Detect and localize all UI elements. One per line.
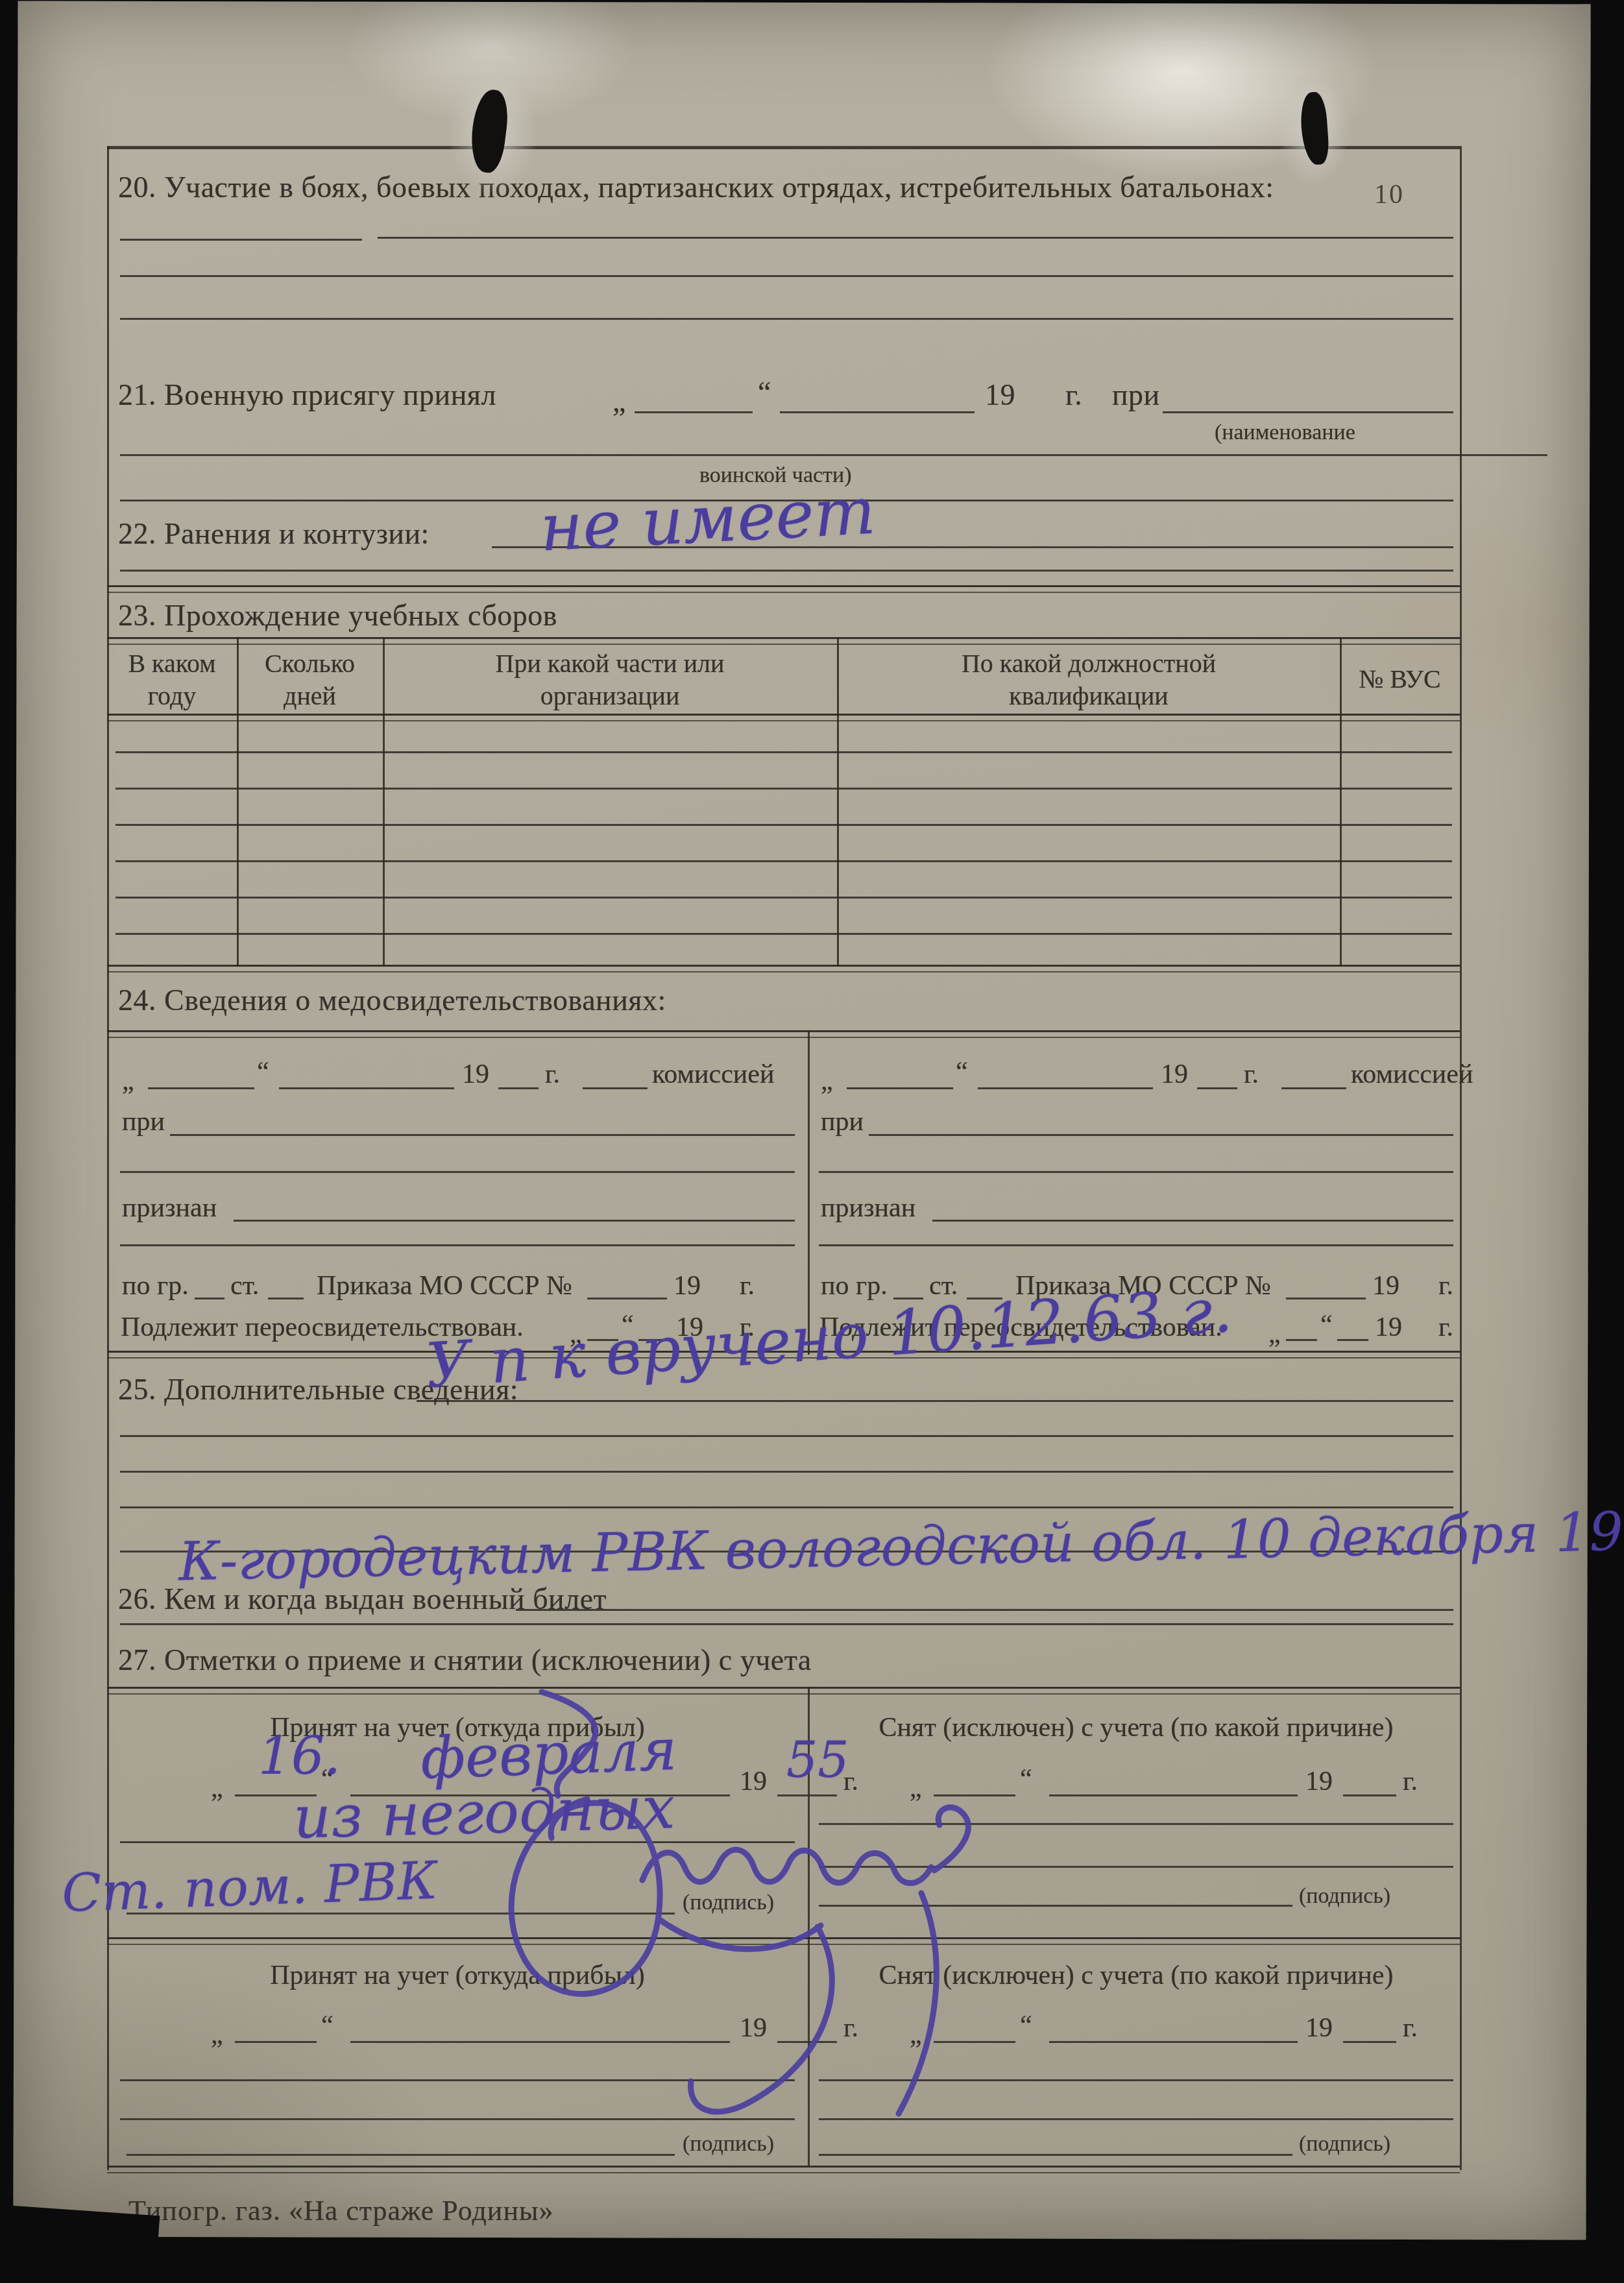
ruled-line <box>120 1506 1453 1508</box>
table-header-unit: При какой части или организации <box>441 647 779 712</box>
year-19: 19 <box>1305 2012 1333 2044</box>
quote-mark: “ <box>1320 1309 1333 1340</box>
quote-mark: „ <box>122 1065 134 1096</box>
ruled-line <box>120 318 1453 320</box>
year-19: 19 <box>1375 1312 1402 1343</box>
handwritten-day: 16. <box>258 1726 341 1786</box>
quote-mark: “ <box>956 1056 968 1087</box>
fill-line <box>869 1134 1453 1136</box>
ruled-line <box>120 1623 1453 1625</box>
ruled-line <box>120 454 1547 456</box>
section-21-label: 21. Военную присягу принял <box>118 378 496 412</box>
ruled-line <box>120 1435 1453 1437</box>
fill-line <box>1343 2041 1396 2043</box>
fill-line <box>1049 2041 1298 2043</box>
medical-box-top <box>107 1030 1460 1038</box>
document-scan: 10 20. Участие в боях, боевых походах, п… <box>0 0 1624 2283</box>
g-label: г. <box>1438 1312 1453 1343</box>
punch-hole-tear <box>467 88 511 174</box>
fill-line <box>1286 1339 1317 1341</box>
fill-line <box>978 1087 1153 1089</box>
signature-caption: (подпись) <box>1299 2132 1390 2156</box>
quote-mark: „ <box>211 1772 223 1804</box>
table-column-divider <box>1340 637 1342 967</box>
year-19: 19 <box>1161 1059 1188 1090</box>
table-ruled-line <box>115 824 1452 826</box>
ruled-line <box>120 275 1453 277</box>
fill-line <box>498 1087 539 1089</box>
article-label: ст. <box>230 1270 259 1301</box>
table-border-top <box>107 637 1460 645</box>
quote-mark: „ <box>612 384 626 418</box>
fill-line <box>417 1400 1453 1402</box>
by-group-label: по гр. <box>122 1270 189 1301</box>
order-label: Приказа МО СССР № <box>317 1270 572 1301</box>
recognized-label: признан <box>122 1192 217 1224</box>
table-ruled-line <box>115 751 1452 753</box>
table-ruled-line <box>115 860 1452 862</box>
fill-line <box>1281 1087 1346 1089</box>
fill-line <box>1049 1794 1298 1796</box>
fill-line <box>195 1298 224 1299</box>
punch-hole-tear <box>1299 91 1330 166</box>
fill-line <box>780 411 975 413</box>
quote-mark: “ <box>321 2010 333 2041</box>
fill-line <box>932 1220 1453 1222</box>
table-header-vus: № ВУС <box>1340 663 1460 695</box>
punch-hole <box>448 71 539 195</box>
pri-label: при <box>1112 378 1160 412</box>
year-19: 19 <box>985 378 1015 412</box>
table-ruled-line <box>115 788 1452 790</box>
table-ruled-line <box>115 933 1452 935</box>
g-label: г. <box>545 1059 560 1090</box>
fill-line <box>1163 411 1453 413</box>
signature-scribble <box>363 1685 1051 2140</box>
fill-line <box>583 1087 648 1089</box>
quote-mark: „ <box>1268 1318 1281 1349</box>
section-divider <box>107 585 1460 593</box>
fill-line <box>234 1220 795 1222</box>
quote-mark: “ <box>257 1056 269 1087</box>
table-column-divider <box>837 637 839 967</box>
g-label: г. <box>1403 1766 1418 1797</box>
fill-line <box>235 2041 317 2043</box>
note-naimenovanie: (наименование <box>1215 420 1355 445</box>
quote-mark: „ <box>211 2019 223 2050</box>
pri-label: при <box>122 1106 165 1137</box>
year-19: 19 <box>1372 1270 1400 1301</box>
quote-mark: „ <box>821 1065 833 1096</box>
signature-caption: (подпись) <box>1299 1884 1390 1909</box>
ruled-line <box>120 1171 795 1173</box>
page-number: 10 <box>1374 179 1404 210</box>
g-label: г. <box>740 1270 755 1301</box>
table-header-year: В каком году <box>107 647 237 712</box>
registration-box-bottom <box>107 2166 1460 2173</box>
fill-line <box>635 411 753 413</box>
ruled-line <box>819 1171 1453 1173</box>
punch-hole <box>1278 78 1350 185</box>
fill-line <box>1337 1339 1368 1341</box>
ruled-line <box>120 1244 795 1246</box>
fill-line <box>847 1087 953 1089</box>
g-label: г. <box>1244 1059 1259 1090</box>
commission-label: комиссией <box>1351 1059 1473 1090</box>
table-header-days: Сколько дней <box>237 647 383 712</box>
recognized-label: признан <box>821 1192 915 1224</box>
section-27-title: 27. Отметки о приеме и снятии (исключени… <box>118 1643 812 1677</box>
fill-line <box>587 1298 667 1299</box>
g-label: г. <box>1065 378 1082 412</box>
quote-mark: “ <box>758 375 771 409</box>
fill-line <box>148 1087 254 1089</box>
table-header-border <box>107 714 1460 721</box>
table-border-bottom <box>107 965 1460 972</box>
fill-line <box>170 1134 795 1136</box>
table-column-divider <box>383 637 385 967</box>
year-19: 19 <box>462 1059 489 1090</box>
ruled-line <box>120 570 1453 572</box>
by-group-label: по гр. <box>821 1270 888 1301</box>
form-frame-right <box>1460 146 1462 2170</box>
section-22-label: 22. Ранения и контузии: <box>118 516 430 551</box>
ruled-line <box>378 237 1453 239</box>
section-24-title: 24. Сведения о медосвидетельствованиях: <box>118 983 666 1017</box>
fill-line <box>1197 1087 1237 1089</box>
table-header-qualification: По какой должностной квалификации <box>920 647 1257 712</box>
signature-line <box>819 2154 1292 2156</box>
fill-line <box>516 1609 1453 1611</box>
table-column-divider <box>237 637 239 967</box>
fill-line <box>1343 1794 1396 1796</box>
printer-imprint: Типогр. газ. «На страже Родины» <box>128 2194 554 2227</box>
section-23-title: 23. Прохождение учебных сборов <box>118 598 557 633</box>
g-label: г. <box>1403 2012 1418 2044</box>
ruled-line <box>819 1244 1453 1246</box>
pri-label: при <box>821 1106 864 1137</box>
form-frame-top <box>107 146 1460 149</box>
ruled-line <box>120 239 362 241</box>
g-label: г. <box>1438 1270 1453 1301</box>
ruled-line <box>120 1471 1453 1473</box>
signature-line <box>127 2154 675 2156</box>
year-19: 19 <box>1305 1766 1333 1797</box>
section-20-title: 20. Участие в боях, боевых походах, парт… <box>118 170 1274 204</box>
fill-line <box>268 1298 304 1299</box>
fill-line <box>279 1087 454 1089</box>
table-ruled-line <box>115 897 1452 899</box>
year-19: 19 <box>673 1270 701 1301</box>
commission-label: комиссией <box>652 1059 774 1090</box>
fill-line <box>1286 1298 1366 1299</box>
